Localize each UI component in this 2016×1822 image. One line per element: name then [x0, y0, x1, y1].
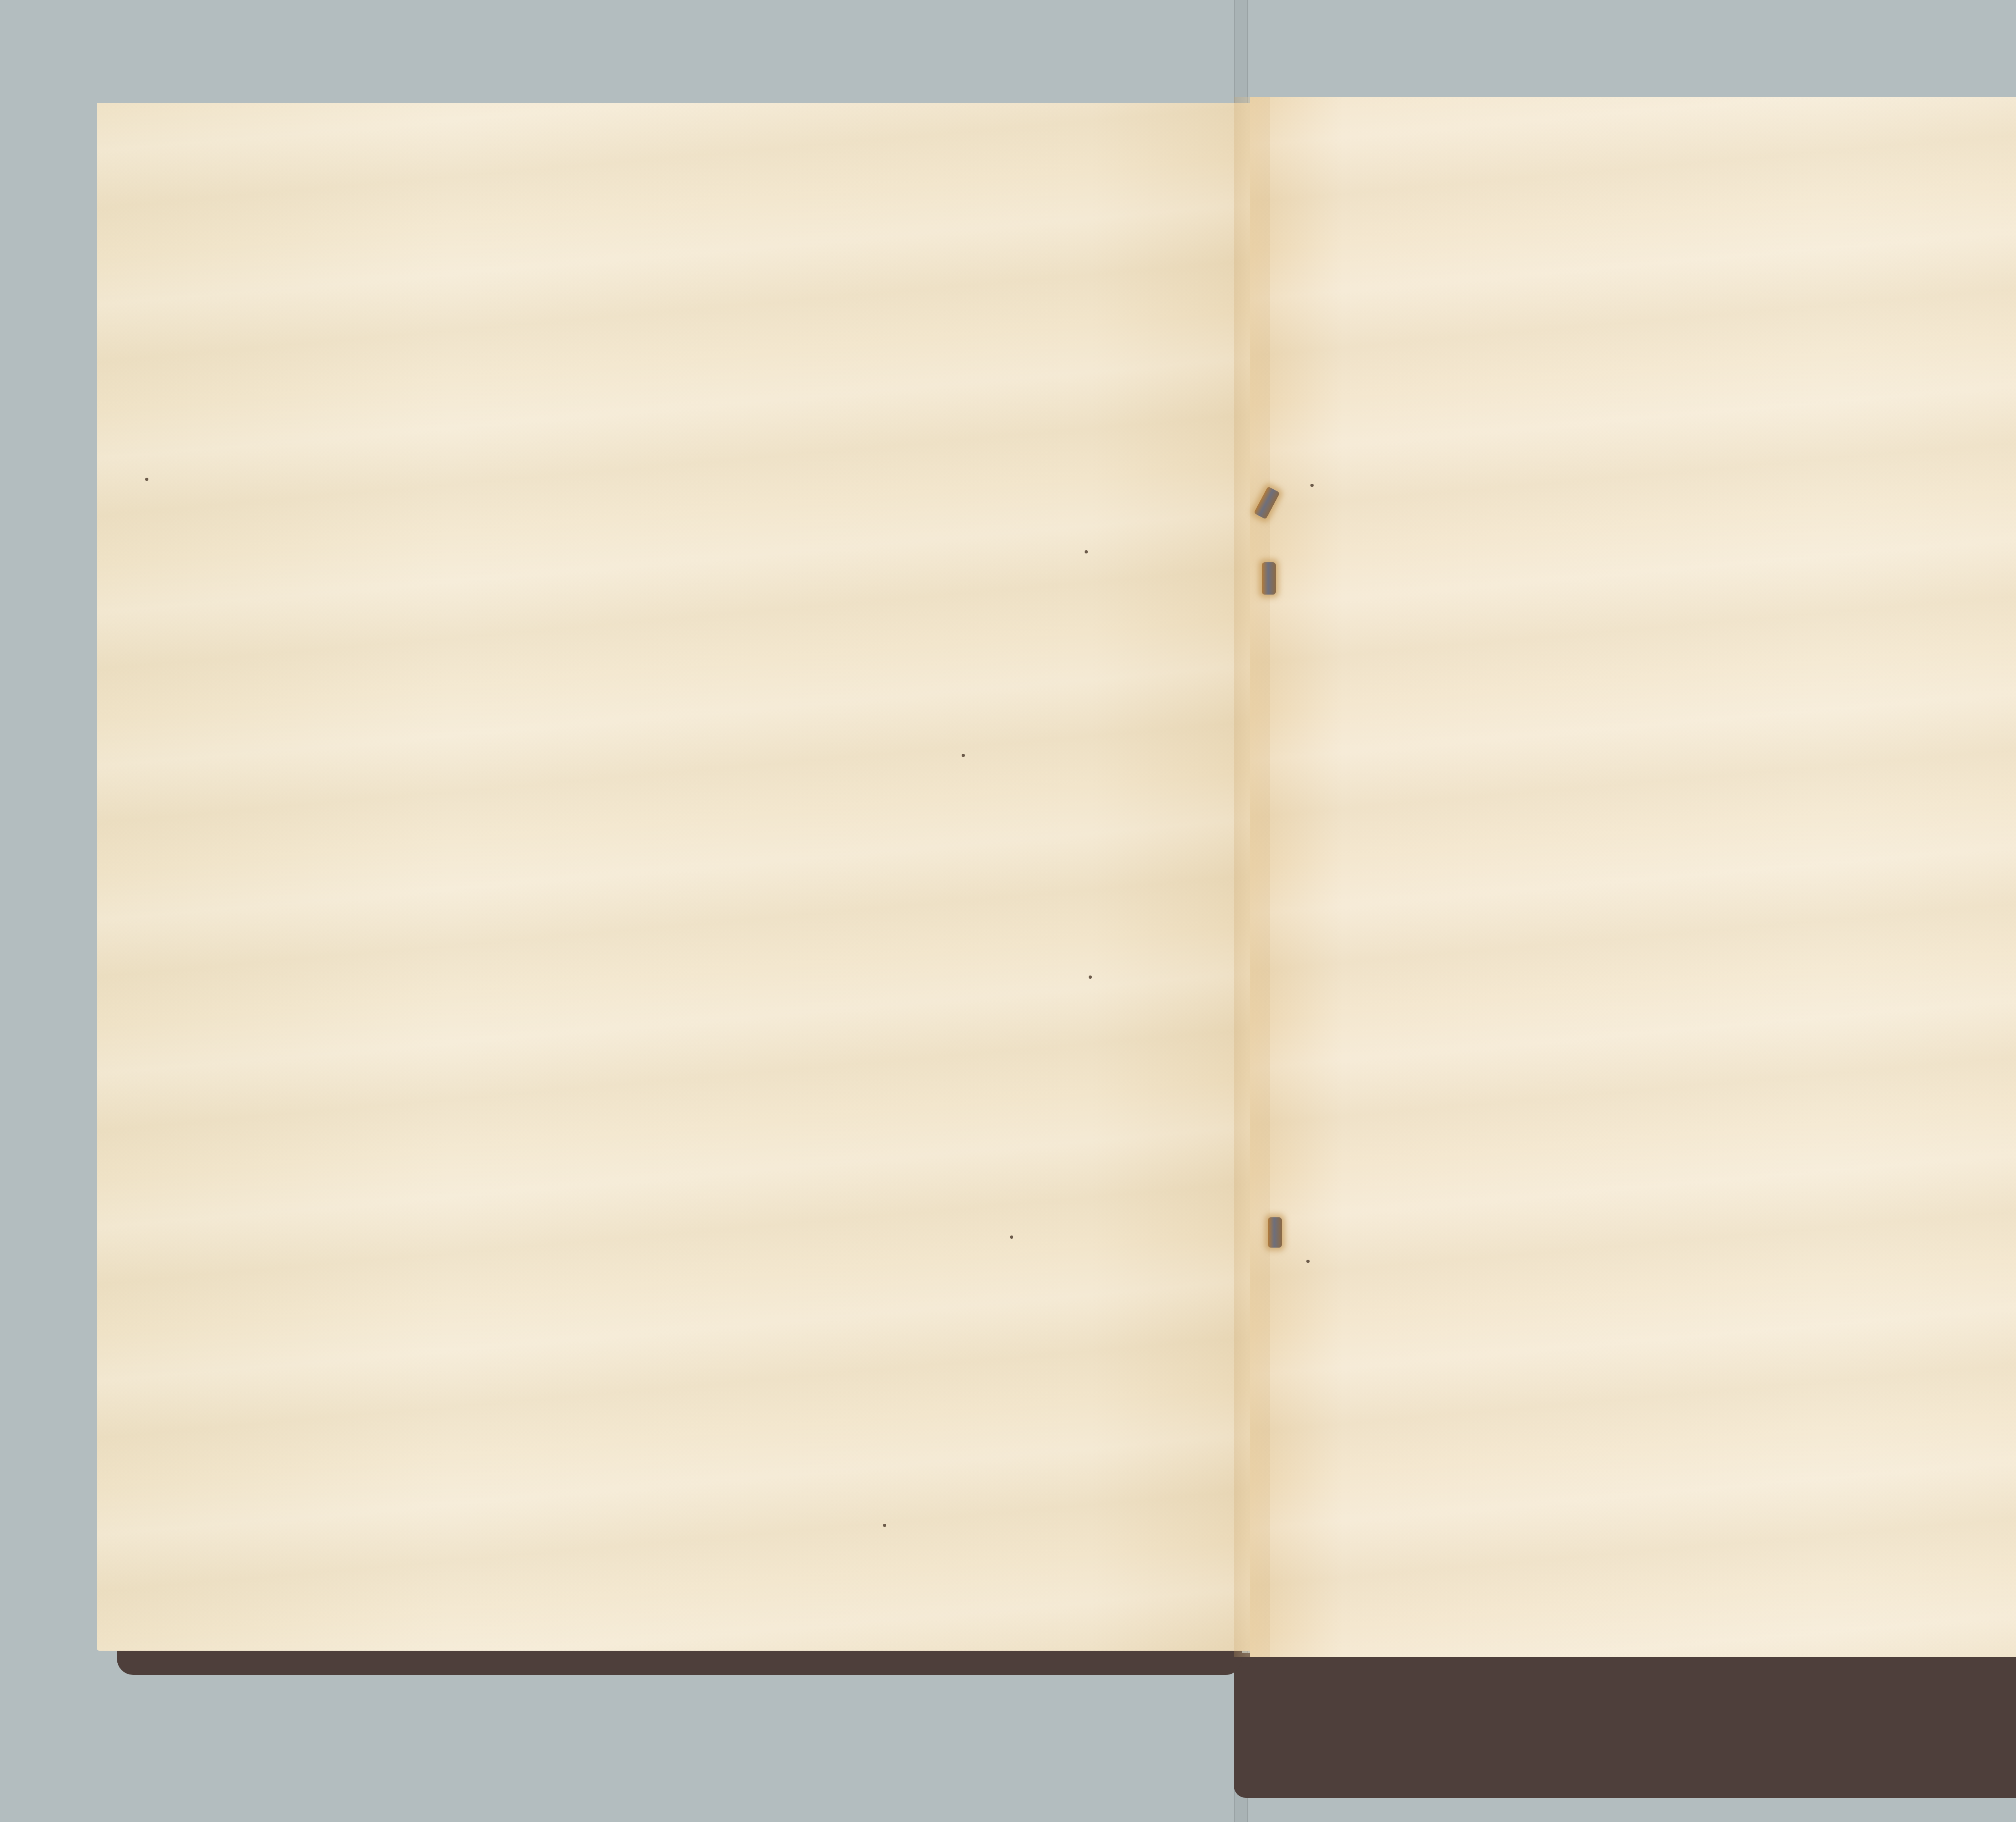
- staple-bottom: [1268, 1217, 1282, 1248]
- foxing-spot: [883, 1524, 886, 1527]
- foxing-spot: [962, 754, 965, 757]
- foxing-spot: [1310, 484, 1314, 487]
- left-page: [97, 103, 1266, 1651]
- foxing-spot: [1089, 975, 1092, 979]
- foxing-spot: [1010, 1235, 1013, 1239]
- staple-middle: [1262, 562, 1276, 595]
- right-page-shadow: [1234, 1653, 2016, 1798]
- right-page: [1250, 97, 2016, 1657]
- foxing-spot: [1085, 550, 1088, 553]
- left-page-shadow: [117, 1651, 1242, 1675]
- gutter-fold: [1234, 97, 1270, 1657]
- foxing-spot: [145, 478, 148, 481]
- foxing-spot: [1306, 1260, 1310, 1263]
